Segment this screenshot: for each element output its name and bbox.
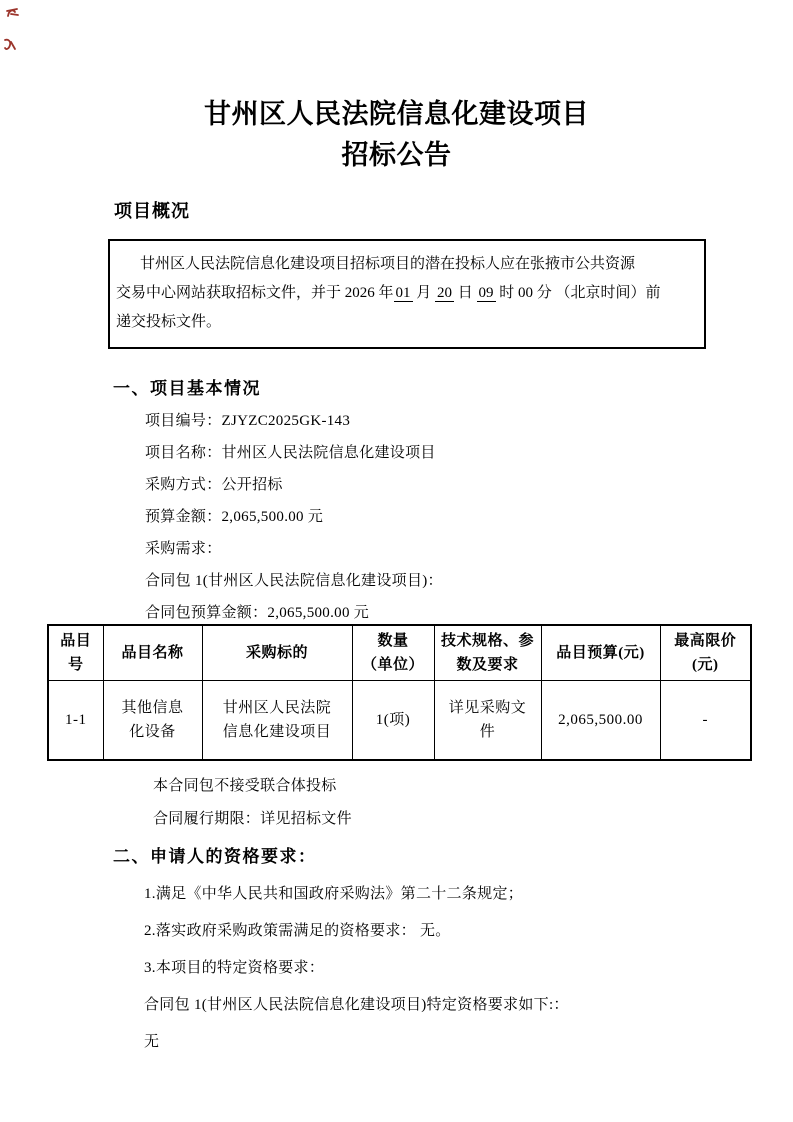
document-title-line2: 招标公告: [0, 135, 793, 176]
notice-line-3: 递交投标文件。: [116, 308, 694, 337]
notice-line2-pre: 交易中心网站获取招标文件，并于 2026 年: [116, 285, 394, 301]
no-consortium-note: 本合同包不接受联合体投标: [153, 776, 793, 796]
document-title-line1: 甘州区人民法院信息化建设项目: [0, 94, 793, 135]
section2-heading: 二、申请人的资格要求：: [113, 842, 793, 867]
contract-package: 合同包 1(甘州区人民法院信息化建设项目)：: [145, 571, 793, 591]
contract-term-note: 合同履行期限：详见招标文件: [153, 809, 793, 829]
document-title: 甘州区人民法院信息化建设项目 招标公告: [0, 94, 793, 176]
red-annotation-mark: [2, 37, 18, 58]
red-annotation-mark: [5, 6, 21, 25]
cell-item-number: 1-1: [48, 680, 103, 760]
qualification-item-1: 1.满足《中华人民共和国政府采购法》第二十二条规定；: [144, 884, 793, 904]
project-number: 项目编号：ZJYZC2025GK-143: [145, 411, 793, 431]
header-item-name: 品目名称: [103, 625, 202, 680]
project-overview-box: 甘州区人民法院信息化建设项目招标项目的潜在投标人应在张掖市公共资源 交易中心网站…: [108, 239, 706, 349]
deadline-day: 20: [435, 285, 454, 302]
document-page: { "title": { "line1": "甘州区人民法院信息化建设项目", …: [0, 0, 793, 1122]
cell-procurement-target: 甘州区人民法院 信息化建设项目: [202, 680, 352, 760]
deadline-month: 01: [394, 285, 413, 302]
notice-line-1: 甘州区人民法院信息化建设项目招标项目的潜在投标人应在张掖市公共资源: [116, 250, 694, 279]
header-quantity-unit: 数量 （单位）: [352, 625, 434, 680]
lot-table-header-row: 品目 号 品目名称 采购标的 数量 （单位） 技术规格、参 数及要求 品目预算(…: [48, 625, 751, 680]
header-procurement-target: 采购标的: [202, 625, 352, 680]
cell-tech-specs: 详见采购文 件: [434, 680, 541, 760]
qualification-none: 无: [144, 1032, 793, 1052]
header-item-budget: 品目预算(元): [541, 625, 660, 680]
lot-table: 品目 号 品目名称 采购标的 数量 （单位） 技术规格、参 数及要求 品目预算(…: [47, 624, 752, 761]
cell-item-name: 其他信息 化设备: [103, 680, 202, 760]
package-specific-qualification: 合同包 1(甘州区人民法院信息化建设项目)特定资格要求如下:：: [144, 995, 793, 1015]
overview-heading: 项目概况: [114, 197, 793, 223]
notice-line2-post: 时 00 分 （北京时间）前: [496, 285, 661, 301]
section1-heading: 一、项目基本情况: [113, 374, 793, 399]
header-item-number: 品目 号: [48, 625, 103, 680]
cell-item-budget: 2,065,500.00: [541, 680, 660, 760]
qualification-item-3: 3.本项目的特定资格要求：: [144, 958, 793, 978]
contract-package-budget: 合同包预算金额：2,065,500.00 元: [145, 603, 793, 623]
budget-amount: 预算金额：2,065,500.00 元: [145, 507, 793, 527]
project-name: 项目名称：甘州区人民法院信息化建设项目: [145, 443, 793, 463]
header-max-price: 最高限价 (元): [660, 625, 751, 680]
notice-line-2: 交易中心网站获取招标文件，并于 2026 年01 月 20 日 09 时 00 …: [116, 279, 694, 308]
procurement-method: 采购方式：公开招标: [145, 475, 793, 495]
cell-max-price: -: [660, 680, 751, 760]
notice-seg-day-hour: 日: [454, 285, 477, 301]
header-tech-specs: 技术规格、参 数及要求: [434, 625, 541, 680]
notice-seg-month-day: 月: [413, 285, 436, 301]
procurement-demand: 采购需求：: [145, 539, 793, 559]
lot-table-row: 1-1 其他信息 化设备 甘州区人民法院 信息化建设项目 1(项) 详见采购文 …: [48, 680, 751, 760]
deadline-hour: 09: [477, 285, 496, 302]
qualification-item-2: 2.落实政府采购政策需满足的资格要求： 无。: [144, 921, 793, 941]
cell-quantity-unit: 1(项): [352, 680, 434, 760]
